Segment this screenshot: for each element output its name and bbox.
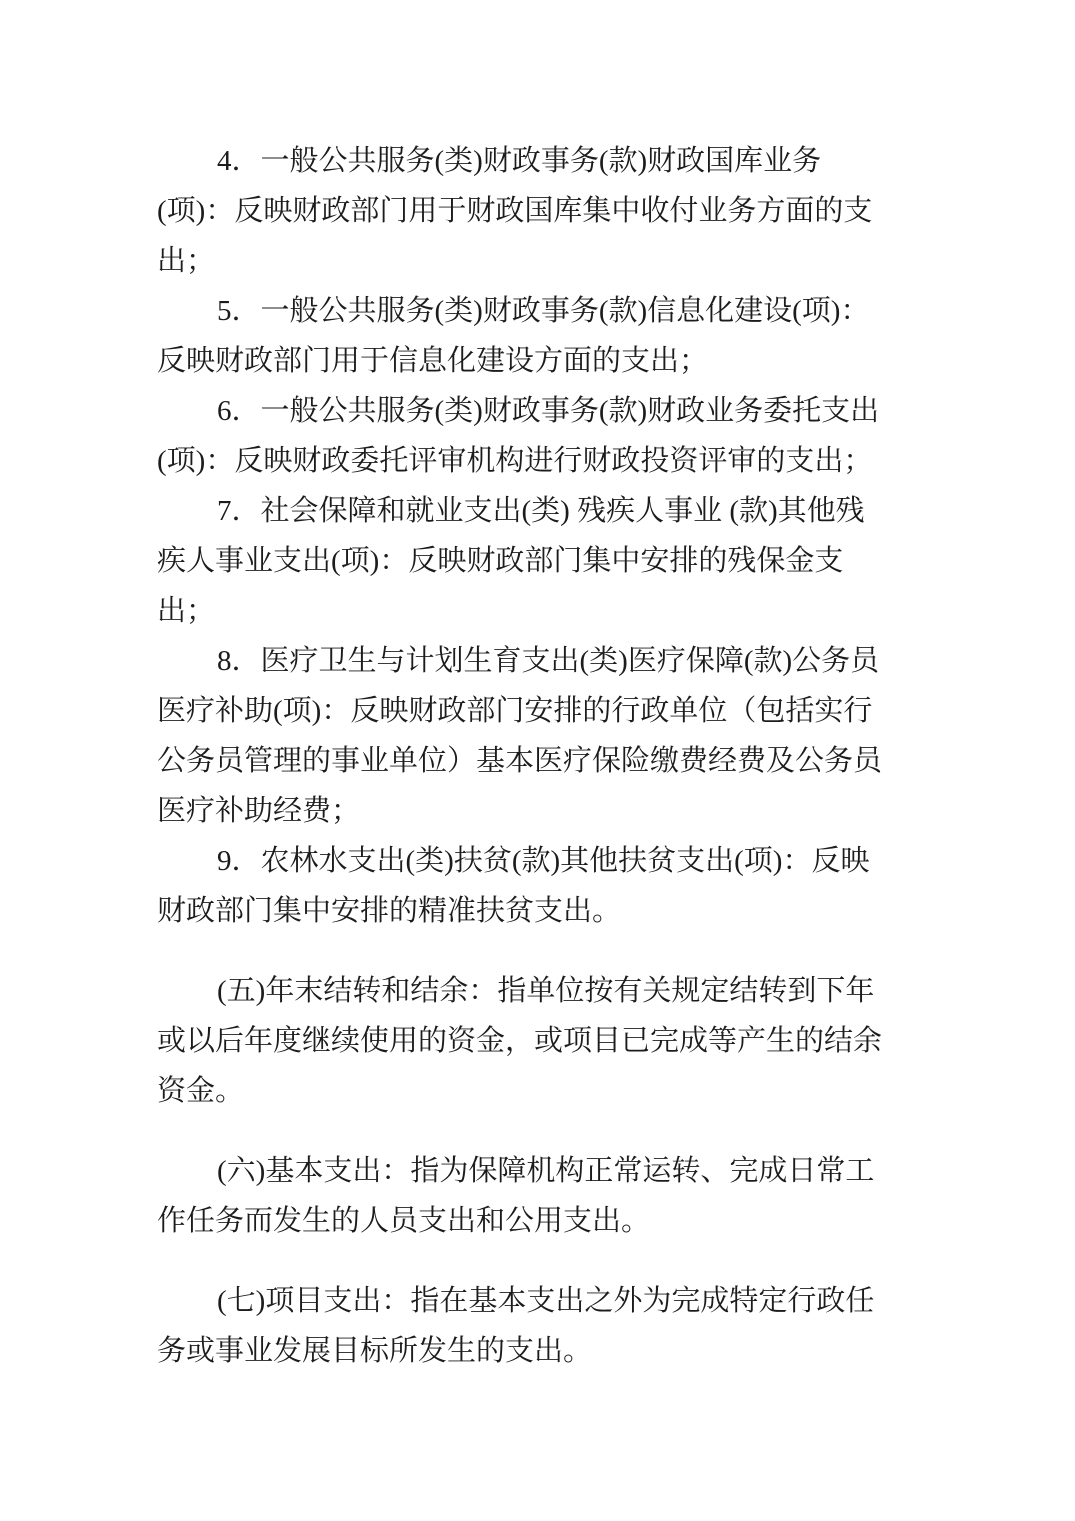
- paragraph-line: 财政部门集中安排的精准扶贫支出。: [157, 886, 925, 936]
- paragraph-line: 作任务而发生的人员支出和公用支出。: [157, 1196, 925, 1246]
- budget-item-4: 4．一般公共服务(类)财政事务(款)财政国库业务 (项)：反映财政部门用于财政国…: [157, 136, 925, 286]
- paragraph-line: 疾人事业支出(项)：反映财政部门集中安排的残保金支: [157, 536, 925, 586]
- budget-item-7: 7．社会保障和就业支出(类) 残疾人事业 (款)其他残 疾人事业支出(项)：反映…: [157, 486, 925, 636]
- paragraph-line: 5．一般公共服务(类)财政事务(款)信息化建设(项)：: [157, 286, 925, 336]
- paragraph-line: 4．一般公共服务(类)财政事务(款)财政国库业务: [157, 136, 925, 186]
- paragraph-line: (六)基本支出：指为保障机构正常运转、完成日常工: [157, 1146, 925, 1196]
- paragraph-line: (五)年末结转和结余：指单位按有关规定结转到下年: [157, 966, 925, 1016]
- paragraph-line: 医疗补助(项)：反映财政部门安排的行政单位（包括实行: [157, 686, 925, 736]
- paragraph-line: 资金。: [157, 1066, 925, 1116]
- paragraph-line: 8．医疗卫生与计划生育支出(类)医疗保障(款)公务员: [157, 636, 925, 686]
- paragraph-line: 反映财政部门用于信息化建设方面的支出；: [157, 336, 925, 386]
- paragraph-line: (项)：反映财政委托评审机构进行财政投资评审的支出；: [157, 436, 925, 486]
- paragraph-line: 9．农林水支出(类)扶贫(款)其他扶贫支出(项)：反映: [157, 836, 925, 886]
- paragraph-line: (七)项目支出：指在基本支出之外为完成特定行政任: [157, 1276, 925, 1326]
- paragraph-line: 出；: [157, 236, 925, 286]
- budget-item-5: 5．一般公共服务(类)财政事务(款)信息化建设(项)： 反映财政部门用于信息化建…: [157, 286, 925, 386]
- paragraph-line: 务或事业发展目标所发生的支出。: [157, 1326, 925, 1376]
- document-page: 4．一般公共服务(类)财政事务(款)财政国库业务 (项)：反映财政部门用于财政国…: [0, 0, 1075, 1521]
- section-5-year-end-carryover: (五)年末结转和结余：指单位按有关规定结转到下年 或以后年度继续使用的资金，或项…: [157, 966, 925, 1116]
- paragraph-line: (项)：反映财政部门用于财政国库集中收付业务方面的支: [157, 186, 925, 236]
- paragraph-line: 出；: [157, 586, 925, 636]
- paragraph-line: 医疗补助经费；: [157, 786, 925, 836]
- paragraph-line: 公务员管理的事业单位）基本医疗保险缴费经费及公务员: [157, 736, 925, 786]
- budget-item-8: 8．医疗卫生与计划生育支出(类)医疗保障(款)公务员 医疗补助(项)：反映财政部…: [157, 636, 925, 836]
- budget-item-9: 9．农林水支出(类)扶贫(款)其他扶贫支出(项)：反映 财政部门集中安排的精准扶…: [157, 836, 925, 936]
- paragraph-line: 7．社会保障和就业支出(类) 残疾人事业 (款)其他残: [157, 486, 925, 536]
- budget-item-6: 6．一般公共服务(类)财政事务(款)财政业务委托支出 (项)：反映财政委托评审机…: [157, 386, 925, 486]
- paragraph-line: 6．一般公共服务(类)财政事务(款)财政业务委托支出: [157, 386, 925, 436]
- section-6-basic-expenditure: (六)基本支出：指为保障机构正常运转、完成日常工 作任务而发生的人员支出和公用支…: [157, 1146, 925, 1246]
- paragraph-line: 或以后年度继续使用的资金，或项目已完成等产生的结余: [157, 1016, 925, 1066]
- section-7-project-expenditure: (七)项目支出：指在基本支出之外为完成特定行政任 务或事业发展目标所发生的支出。: [157, 1276, 925, 1376]
